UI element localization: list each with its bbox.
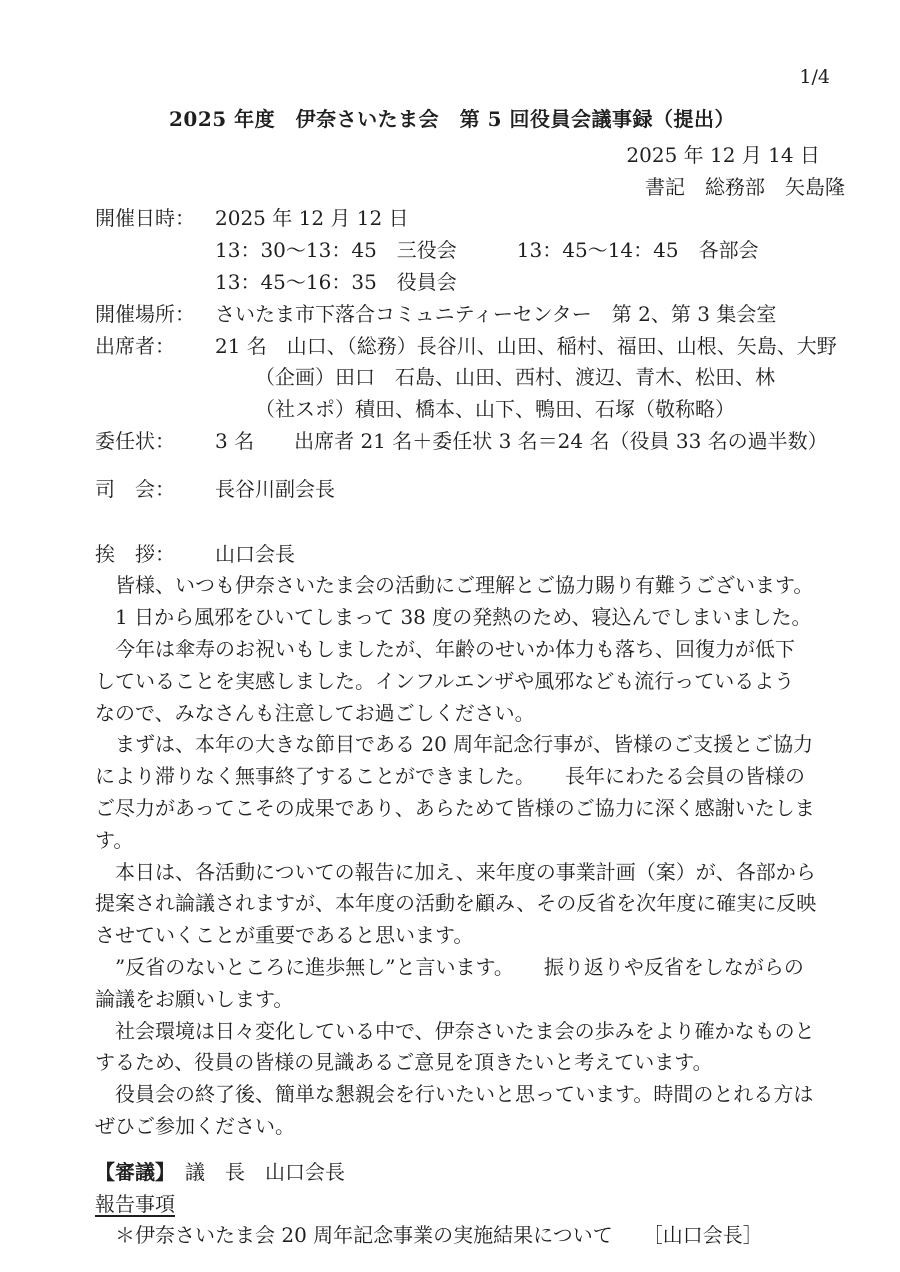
scribe-line: 書記 総務部 矢島隆	[95, 172, 845, 204]
meta-row-attendees-2: （企画）田口 石島、山田、西村、渡辺、青木、松田、林	[95, 362, 845, 394]
meta-value: 13：45～16：35 役員会	[215, 267, 845, 299]
body-line: 提案され論議されますが、本年度の活動を顧み、その反省を次年度に確実に反映	[95, 888, 845, 920]
document-title: 2025 年度 伊奈さいたま会 第 5 回役員会議事録（提出）	[95, 102, 809, 136]
moderator-label: 司 会：	[95, 474, 215, 506]
meta-row-place: 開催場所： さいたま市下落合コミュニティーセンター 第 2、第 3 集会室	[95, 299, 845, 331]
body-line: するため、役員の皆様の見識あるご意見を頂きたいと考えています。	[95, 1047, 845, 1079]
body-line: 1 日から風邪をひいてしまって 38 度の発熱のため、寝込んでしまいました。	[95, 602, 845, 634]
meta-label	[95, 394, 215, 426]
meta-value: 2025 年 12 月 12 日	[215, 203, 845, 235]
meta-label	[95, 267, 215, 299]
meta-value: （社スポ）積田、橋本、山下、鴨田、石塚（敬称略）	[215, 394, 845, 426]
greeting-value: 山口会長	[215, 539, 845, 571]
meta-label	[95, 362, 215, 394]
meta-value: 21 名 山口、（総務）長谷川、山田、稲村、福田、山根、矢島、大野	[215, 331, 845, 363]
report-item: ＊伊奈さいたま会 20 周年記念事業の実施結果について ［山口会長］	[95, 1220, 845, 1252]
body-line: ご尽力があってこその成果であり、あらためて皆様のご協力に深く感謝いたします。	[95, 793, 845, 857]
deliberation-heading-chair: 議 長 山口会長	[165, 1160, 345, 1184]
meta-row-attendees: 出席者： 21 名 山口、（総務）長谷川、山田、稲村、福田、山根、矢島、大野	[95, 331, 845, 363]
meta-label: 開催日時：	[95, 203, 215, 235]
body-line: により滞りなく無事終了することができました。 長年にわたる会員の皆様の	[95, 761, 845, 793]
meta-value: （企画）田口 石島、山田、西村、渡辺、青木、松田、林	[215, 362, 845, 394]
greeting-label: 挨 拶：	[95, 539, 215, 571]
document-date: 2025 年 12 月 14 日	[95, 140, 820, 172]
deliberation-heading-bracket: 【審議】	[95, 1160, 165, 1184]
report-items-heading: 報告事項	[95, 1189, 175, 1221]
meta-label: 開催場所：	[95, 299, 215, 331]
body-line: させていくことが重要であると思います。	[95, 920, 845, 952]
deliberation-heading: 【審議】 議 長 山口会長	[95, 1157, 845, 1189]
moderator-value: 長谷川副会長	[215, 474, 845, 506]
meta-row-datetime: 開催日時： 2025 年 12 月 12 日	[95, 203, 845, 235]
meta-label	[95, 235, 215, 267]
body-line: 本日は、各活動についての報告に加え、来年度の事業計画（案）が、各部から	[95, 857, 845, 889]
body-line: 論議をお願いします。	[95, 984, 845, 1016]
body-line: していることを実感しました。インフルエンザや風邪なども流行っているよう	[95, 666, 845, 698]
meta-label: 出席者：	[95, 331, 215, 363]
page-number: 1/4	[95, 62, 830, 94]
body-line: 今年は傘寿のお祝いもしましたが、年齢のせいか体力も落ち、回復力が低下	[95, 634, 845, 666]
body-line: 社会環境は日々変化している中で、伊奈さいたま会の歩みをより確かなものと	[95, 1016, 845, 1048]
meta-row-attendees-3: （社スポ）積田、橋本、山下、鴨田、石塚（敬称略）	[95, 394, 845, 426]
meeting-meta-section: 開催日時： 2025 年 12 月 12 日 13：30～13：45 三役会 1…	[95, 203, 845, 457]
meta-row-time-1: 13：30～13：45 三役会 13：45～14：45 各部会	[95, 235, 845, 267]
meta-value: さいたま市下落合コミュニティーセンター 第 2、第 3 集会室	[215, 299, 845, 331]
deliberation-section: 【審議】 議 長 山口会長 報告事項 ＊伊奈さいたま会 20 周年記念事業の実施…	[95, 1157, 845, 1252]
greeting-row: 挨 拶： 山口会長	[95, 539, 845, 571]
body-line: なので、みなさんも注意してお過ごしください。	[95, 698, 845, 730]
body-line: 皆様、いつも伊奈さいたま会の活動にご理解とご協力賜り有難うございます。	[95, 570, 845, 602]
meta-label: 委任状：	[95, 426, 215, 458]
document-page: 1/4 2025 年度 伊奈さいたま会 第 5 回役員会議事録（提出） 2025…	[0, 0, 900, 1272]
greeting-body: 皆様、いつも伊奈さいたま会の活動にご理解とご協力賜り有難うございます。 1 日か…	[95, 570, 845, 1142]
moderator-row: 司 会： 長谷川副会長	[95, 474, 845, 506]
body-line: まずは、本年の大きな節目である 20 周年記念行事が、皆様のご支援とご協力	[95, 729, 845, 761]
meta-row-proxy: 委任状： 3 名 出席者 21 名＋委任状 3 名＝24 名（役員 33 名の過…	[95, 426, 845, 458]
body-line: ”反省のないところに進歩無し”と言います。 振り返りや反省をしながらの	[95, 952, 845, 984]
body-line: 役員会の終了後、簡単な懇親会を行いたいと思っています。時間のとれる方は	[95, 1079, 845, 1111]
meta-row-time-2: 13：45～16：35 役員会	[95, 267, 845, 299]
meta-value: 3 名 出席者 21 名＋委任状 3 名＝24 名（役員 33 名の過半数）	[215, 426, 845, 458]
body-line: ぜひご参加ください。	[95, 1111, 845, 1143]
meta-value: 13：30～13：45 三役会 13：45～14：45 各部会	[215, 235, 845, 267]
